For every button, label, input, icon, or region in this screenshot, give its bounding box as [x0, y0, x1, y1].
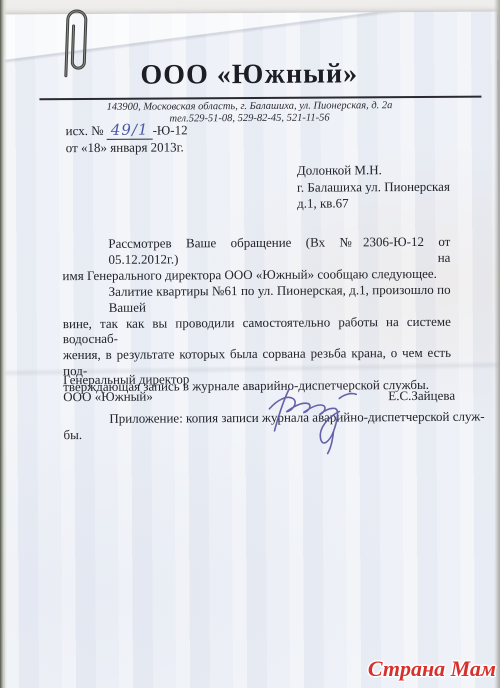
- body-line: Рассмотрев Ваше обращение (Вх №2306-Ю-12…: [62, 234, 450, 268]
- recipient-street: г. Балашиха ул. Пионерская: [297, 178, 450, 195]
- letter-date: от «18» января 2013г.: [66, 138, 188, 156]
- photo-right-edge: [494, 0, 500, 688]
- signatory-title: Генеральный директор: [63, 371, 189, 388]
- letter-page: ООО «Южный» 143900, Московская область, …: [1, 11, 500, 688]
- signatory-company: ООО «Южный»: [63, 388, 189, 405]
- body-line: Залитие квартиры №61 по ул. Пионерская, …: [63, 281, 451, 315]
- recipient-block: Долонкой М.Н. г. Балашиха ул. Пионерская…: [297, 162, 450, 212]
- reference-block: исх. № 49/1-Ю-12 от «18» января 2013г.: [66, 121, 188, 156]
- recipient-name: Долонкой М.Н.: [297, 162, 450, 179]
- recipient-apartment: д.1, кв.67: [297, 195, 450, 212]
- signatory-name: Е.С.Зайцева: [388, 388, 455, 404]
- letter-body: Рассмотрев Ваше обращение (Вх №2306-Ю-12…: [62, 234, 451, 443]
- scanned-letter-photo: ООО «Южный» 143900, Московская область, …: [0, 0, 500, 688]
- site-watermark: Страна Мам: [368, 656, 496, 682]
- handwritten-signature: [259, 378, 363, 457]
- paperclip: [56, 3, 95, 82]
- attachment-line: бы.: [63, 425, 451, 443]
- attachment-line: Приложение: копия записи журнала аварийн…: [63, 409, 451, 427]
- signatory-title-block: Генеральный директор ООО «Южный»: [63, 371, 189, 405]
- outgoing-suffix: -Ю-12: [152, 122, 187, 137]
- outgoing-number-line: исх. № 49/1-Ю-12: [66, 121, 188, 139]
- body-line: вине, так как вы проводили самостоятельн…: [63, 313, 451, 347]
- outgoing-prefix: исх. №: [66, 123, 104, 138]
- handwritten-outgoing-number: 49/1: [107, 121, 153, 140]
- photo-left-edge: [0, 0, 7, 688]
